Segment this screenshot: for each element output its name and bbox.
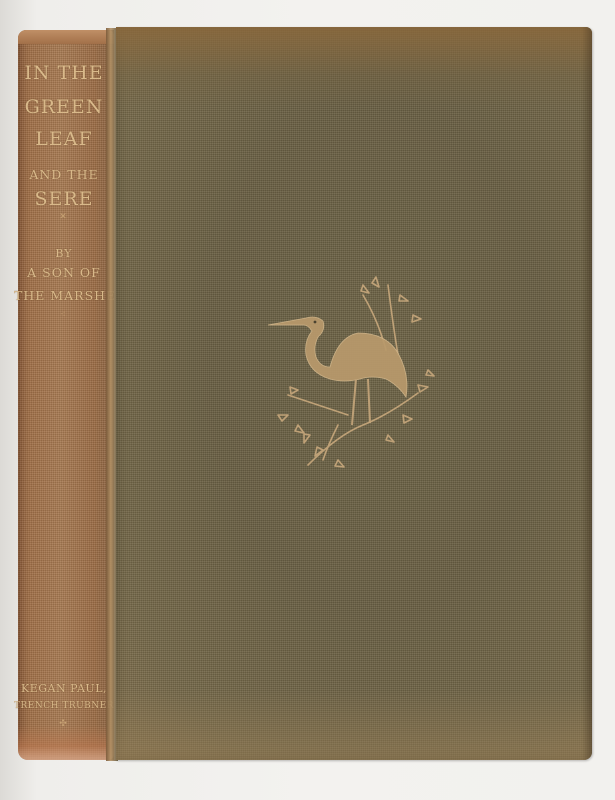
spine-author-line-1: A SON OF (14, 265, 114, 280)
spine-publisher-line-2: TRENCH TRÜBNER & CO. (14, 701, 114, 711)
spine-title-line-2: GREEN (14, 96, 114, 118)
spine-author-line-2: THE MARSHES (14, 288, 114, 303)
spine-worn-bottom (18, 725, 114, 760)
spine-publisher-line-1: KEGAN PAUL, (14, 682, 114, 695)
heron-emblem-icon (268, 275, 443, 470)
spine-ornament-icon: ✕ (55, 212, 71, 222)
spine-title-line-4: AND THE (14, 167, 114, 182)
spine-top-edge (18, 30, 114, 44)
spine-title-line-3: LEAF (14, 128, 114, 150)
spine-title-line-1: IN THE (14, 62, 114, 84)
cover-faded-bottom (116, 690, 592, 760)
spine-title-line-5: SERE (14, 188, 114, 210)
cover-sun-faded-top (116, 27, 592, 107)
spine-small-ornament-icon: ⁖ (55, 310, 71, 320)
cover-right-edge (582, 27, 592, 760)
spine-byline: BY (14, 247, 114, 260)
book-photo: IN THE GREEN LEAF AND THE SERE ✕ BY A SO… (0, 0, 615, 800)
